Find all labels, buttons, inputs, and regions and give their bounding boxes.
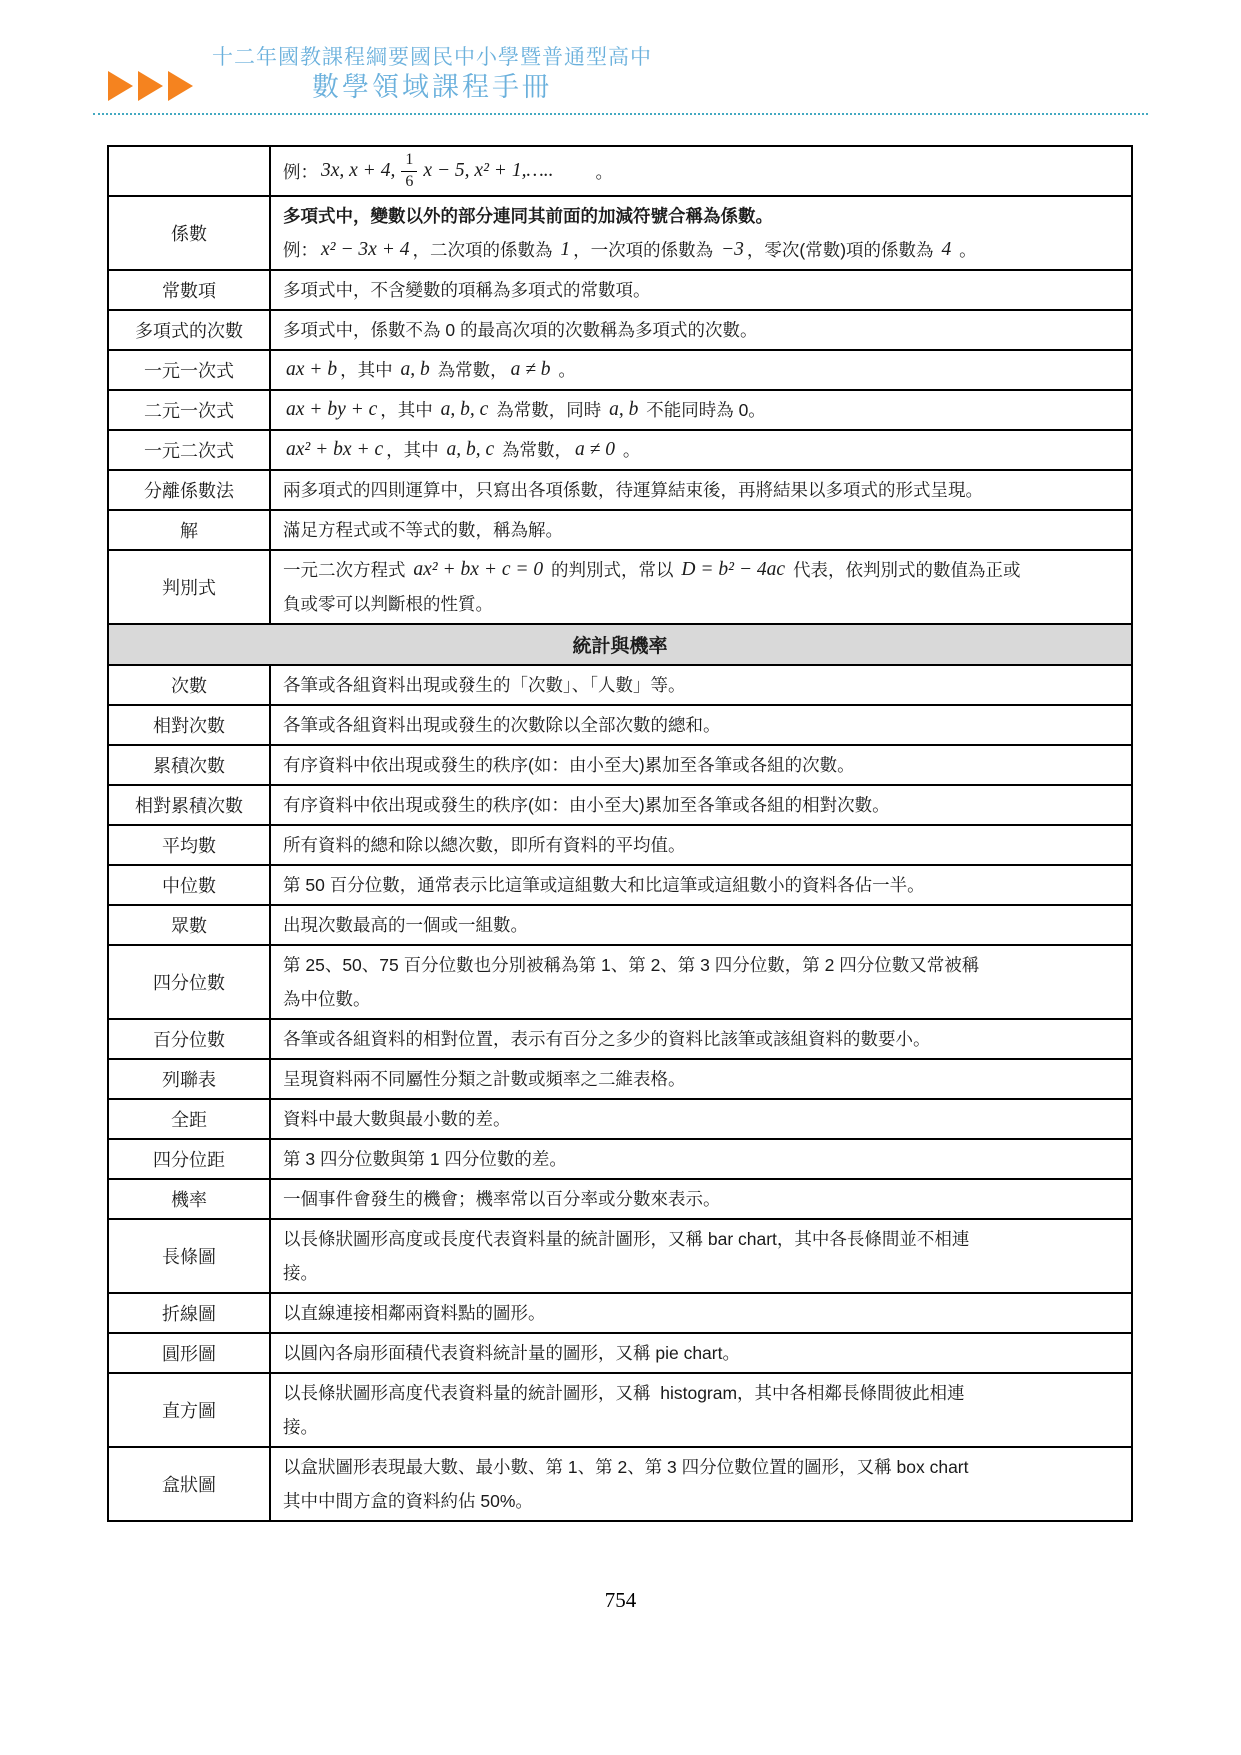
table-row: 列聯表呈現資料兩不同屬性分類之計數或頻率之二維表格。 <box>108 1059 1132 1099</box>
section-header: 統計與機率 <box>108 624 1132 665</box>
definition-line: 有序資料中依出現或發生的秩序(如：由小至大)累加至各筆或各組的相對次數。 <box>283 788 1119 822</box>
term-cell: 列聯表 <box>108 1059 270 1099</box>
math-expression: ax + by + c <box>283 399 380 421</box>
text: 的判別式，常以 <box>546 557 678 582</box>
glossary-table: 例：3x, x + 4,16x − 5, x² + 1,….. 。係數多項式中，… <box>107 145 1133 1522</box>
definition-cell: 以盒狀圖形表現最大數、最小數、第 1、第 2、第 3 四分位數位置的圖形，又稱 … <box>270 1447 1132 1521</box>
text: 其中中間方盒的資料約佔 50%。 <box>283 1488 533 1513</box>
triangle-icon <box>138 71 163 101</box>
math-expression: a, b <box>606 399 641 421</box>
math-expression: 1 <box>557 239 573 261</box>
definition-line: 資料中最大數與最小數的差。 <box>283 1102 1119 1136</box>
table-row: 折線圖以直線連接相鄰兩資料點的圖形。 <box>108 1293 1132 1333</box>
text: ，一次項的係數為 <box>573 237 718 262</box>
glossary-table-body: 例：3x, x + 4,16x − 5, x² + 1,….. 。係數多項式中，… <box>108 146 1132 1521</box>
table-row: 眾數出現次數最高的一個或一組數。 <box>108 905 1132 945</box>
term-cell: 直方圖 <box>108 1373 270 1447</box>
definition-cell: 所有資料的總和除以總次數，即所有資料的平均值。 <box>270 825 1132 865</box>
text: 資料中最大數與最小數的差。 <box>283 1106 511 1131</box>
term-cell: 圓形圖 <box>108 1333 270 1373</box>
definition-cell: 以直線連接相鄰兩資料點的圖形。 <box>270 1293 1132 1333</box>
term-cell: 平均數 <box>108 825 270 865</box>
table-row: 圓形圖以圓內各扇形面積代表資料統計量的圖形，又稱 pie chart。 <box>108 1333 1132 1373</box>
definition-cell: 一個事件會發生的機會；機率常以百分率或分數來表示。 <box>270 1179 1132 1219</box>
text: 有序資料中依出現或發生的秩序(如：由小至大)累加至各筆或各組的相對次數。 <box>283 792 890 817</box>
triangle-icon <box>108 71 133 101</box>
definition-line: 第 3 四分位數與第 1 四分位數的差。 <box>283 1142 1119 1176</box>
term-cell: 相對次數 <box>108 705 270 745</box>
bold-text: 多項式中，變數以外的部分連同其前面的加減符號合稱為係數。 <box>283 203 773 228</box>
document-title-line1: 十二年國教課程綱要國民中小學暨普通型高中 <box>212 46 652 70</box>
term-cell: 一元二次式 <box>108 430 270 470</box>
definition-line: 一元二次方程式 ax² + bx + c = 0 的判別式，常以 D = b² … <box>283 553 1119 587</box>
table-row: 解滿足方程式或不等式的數，稱為解。 <box>108 510 1132 550</box>
definition-cell: ax² + bx + c，其中 a, b, c 為常數，a ≠ 0 。 <box>270 430 1132 470</box>
term-cell: 中位數 <box>108 865 270 905</box>
math-expression: a ≠ b <box>508 359 554 381</box>
definition-cell: 有序資料中依出現或發生的秩序(如：由小至大)累加至各筆或各組的相對次數。 <box>270 785 1132 825</box>
text: ，二次項的係數為 <box>412 237 557 262</box>
math-expression: a ≠ 0 <box>572 439 618 461</box>
definition-line: 所有資料的總和除以總次數，即所有資料的平均值。 <box>283 828 1119 862</box>
text: 有序資料中依出現或發生的秩序(如：由小至大)累加至各筆或各組的次數。 <box>283 752 855 777</box>
text: 出現次數最高的一個或一組數。 <box>283 912 528 937</box>
definition-cell: 一元二次方程式 ax² + bx + c = 0 的判別式，常以 D = b² … <box>270 550 1132 624</box>
definition-line: 以直線連接相鄰兩資料點的圖形。 <box>283 1296 1119 1330</box>
term-cell: 常數項 <box>108 270 270 310</box>
text: 一個事件會發生的機會；機率常以百分率或分數來表示。 <box>283 1186 721 1211</box>
table-row: 相對次數各筆或各組資料出現或發生的次數除以全部次數的總和。 <box>108 705 1132 745</box>
definition-line: 例：x² − 3x + 4，二次項的係數為 1，一次項的係數為 −3，零次(常數… <box>283 233 1119 267</box>
definition-line: 呈現資料兩不同屬性分類之計數或頻率之二維表格。 <box>283 1062 1119 1096</box>
text: 以長條狀圖形高度代表資料量的統計圖形，又稱 histogram，其中各相鄰長條間… <box>283 1380 965 1405</box>
definition-cell: 有序資料中依出現或發生的秩序(如：由小至大)累加至各筆或各組的次數。 <box>270 745 1132 785</box>
definition-line: 各筆或各組資料出現或發生的次數除以全部次數的總和。 <box>283 708 1119 742</box>
term-cell: 次數 <box>108 665 270 705</box>
text: 各筆或各組資料的相對位置，表示有百分之多少的資料比該筆或該組資料的數要小。 <box>283 1026 931 1051</box>
math-expression: a, b, c <box>444 439 498 461</box>
math-expression: a, b, c <box>438 399 492 421</box>
definition-cell: 第 50 百分位數，通常表示比這筆或這組數大和比這筆或這組數小的資料各佔一半。 <box>270 865 1132 905</box>
table-row: 累積次數有序資料中依出現或發生的秩序(如：由小至大)累加至各筆或各組的次數。 <box>108 745 1132 785</box>
text: 負或零可以判斷根的性質。 <box>283 591 493 616</box>
text: 兩多項式的四則運算中，只寫出各項係數，待運算結束後，再將結果以多項式的形式呈現。 <box>283 477 983 502</box>
term-cell: 盒狀圖 <box>108 1447 270 1521</box>
section-row: 統計與機率 <box>108 624 1132 665</box>
definition-cell: 兩多項式的四則運算中，只寫出各項係數，待運算結束後，再將結果以多項式的形式呈現。 <box>270 470 1132 510</box>
definition-line: 例：3x, x + 4,16x − 5, x² + 1,….. 。 <box>283 149 1119 193</box>
definition-cell: 以長條狀圖形高度或長度代表資料量的統計圖形，又稱 bar chart，其中各長條… <box>270 1219 1132 1293</box>
header-divider <box>93 113 1148 115</box>
math-expression: a, b <box>397 359 432 381</box>
definition-line: ax + b，其中 a, b 為常數，a ≠ b 。 <box>283 353 1119 387</box>
text: 多項式中，係數不為 0 的最高次項的次數稱為多項式的次數。 <box>283 317 757 342</box>
logo-triangles-icon <box>108 71 198 101</box>
table-row: 平均數所有資料的總和除以總次數，即所有資料的平均值。 <box>108 825 1132 865</box>
definition-line: 為中位數。 <box>283 982 1119 1016</box>
definition-cell: 滿足方程式或不等式的數，稱為解。 <box>270 510 1132 550</box>
table-row: 中位數第 50 百分位數，通常表示比這筆或這組數大和比這筆或這組數小的資料各佔一… <box>108 865 1132 905</box>
text: 第 25、50、75 百分位數也分別被稱為第 1、第 2、第 3 四分位數，第 … <box>283 952 979 977</box>
text: 不能同時為 0。 <box>641 397 765 422</box>
fraction: 16 <box>401 151 417 191</box>
definition-line: 負或零可以判斷根的性質。 <box>283 587 1119 621</box>
table-row: 長條圖以長條狀圖形高度或長度代表資料量的統計圖形，又稱 bar chart，其中… <box>108 1219 1132 1293</box>
page-header: 十二年國教課程綱要國民中小學暨普通型高中 數學領域課程手冊 <box>108 46 1241 103</box>
math-expression: ax + b <box>283 359 340 381</box>
text: 各筆或各組資料出現或發生的「次數」、「人數」等。 <box>283 672 686 697</box>
term-cell: 相對累積次數 <box>108 785 270 825</box>
table-row: 一元二次式ax² + bx + c，其中 a, b, c 為常數，a ≠ 0 。 <box>108 430 1132 470</box>
definition-cell: 出現次數最高的一個或一組數。 <box>270 905 1132 945</box>
text: 接。 <box>283 1414 318 1439</box>
definition-line: 各筆或各組資料出現或發生的「次數」、「人數」等。 <box>283 668 1119 702</box>
text: 。 <box>554 357 576 382</box>
definition-line: 接。 <box>283 1256 1119 1290</box>
table-row: 二元一次式ax + by + c，其中 a, b, c 為常數，同時 a, b … <box>108 390 1132 430</box>
definition-cell: 多項式中，係數不為 0 的最高次項的次數稱為多項式的次數。 <box>270 310 1132 350</box>
table-row: 機率一個事件會發生的機會；機率常以百分率或分數來表示。 <box>108 1179 1132 1219</box>
table-row: 係數多項式中，變數以外的部分連同其前面的加減符號合稱為係數。例：x² − 3x … <box>108 196 1132 270</box>
term-cell: 折線圖 <box>108 1293 270 1333</box>
definition-cell: 多項式中，不含變數的項稱為多項式的常數項。 <box>270 270 1132 310</box>
definition-line: 第 50 百分位數，通常表示比這筆或這組數大和比這筆或這組數小的資料各佔一半。 <box>283 868 1119 902</box>
text: 為常數， <box>433 357 508 382</box>
text: 代表，依判別式的數值為正或 <box>788 557 1020 582</box>
math-expression: ax² + bx + c <box>283 439 386 461</box>
text: 接。 <box>283 1260 318 1285</box>
definition-line: ax² + bx + c，其中 a, b, c 為常數，a ≠ 0 。 <box>283 433 1119 467</box>
table-row: 全距資料中最大數與最小數的差。 <box>108 1099 1132 1139</box>
definition-line: 一個事件會發生的機會；機率常以百分率或分數來表示。 <box>283 1182 1119 1216</box>
definition-cell: 呈現資料兩不同屬性分類之計數或頻率之二維表格。 <box>270 1059 1132 1099</box>
math-expression: 4 <box>938 239 954 261</box>
table-row: 分離係數法兩多項式的四則運算中，只寫出各項係數，待運算結束後，再將結果以多項式的… <box>108 470 1132 510</box>
definition-cell: 各筆或各組資料出現或發生的「次數」、「人數」等。 <box>270 665 1132 705</box>
math-expression: x − 5, x² + 1,….. <box>420 160 556 182</box>
term-cell: 解 <box>108 510 270 550</box>
definition-cell: 各筆或各組資料出現或發生的次數除以全部次數的總和。 <box>270 705 1132 745</box>
math-expression: −3 <box>718 239 747 261</box>
definition-cell: 以圓內各扇形面積代表資料統計量的圖形，又稱 pie chart。 <box>270 1333 1132 1373</box>
definition-line: 以長條狀圖形高度代表資料量的統計圖形，又稱 histogram，其中各相鄰長條間… <box>283 1376 1119 1410</box>
fraction-numerator: 1 <box>401 151 417 171</box>
fraction-denominator: 6 <box>405 172 413 191</box>
term-cell: 全距 <box>108 1099 270 1139</box>
text: 一元二次方程式 <box>283 557 410 582</box>
term-cell: 機率 <box>108 1179 270 1219</box>
table-row: 次數各筆或各組資料出現或發生的「次數」、「人數」等。 <box>108 665 1132 705</box>
definition-line: 以圓內各扇形面積代表資料統計量的圖形，又稱 pie chart。 <box>283 1336 1119 1370</box>
table-row: 一元一次式ax + b，其中 a, b 為常數，a ≠ b 。 <box>108 350 1132 390</box>
text: 第 3 四分位數與第 1 四分位數的差。 <box>283 1146 567 1171</box>
table-row: 盒狀圖以盒狀圖形表現最大數、最小數、第 1、第 2、第 3 四分位數位置的圖形，… <box>108 1447 1132 1521</box>
table-row: 常數項多項式中，不含變數的項稱為多項式的常數項。 <box>108 270 1132 310</box>
definition-line: 多項式中，係數不為 0 的最高次項的次數稱為多項式的次數。 <box>283 313 1119 347</box>
text: ，零次(常數)項的係數為 <box>747 237 939 262</box>
definition-cell: 例：3x, x + 4,16x − 5, x² + 1,….. 。 <box>270 146 1132 196</box>
definition-line: 多項式中，不含變數的項稱為多項式的常數項。 <box>283 273 1119 307</box>
term-cell: 眾數 <box>108 905 270 945</box>
table-row: 直方圖以長條狀圖形高度代表資料量的統計圖形，又稱 histogram，其中各相鄰… <box>108 1373 1132 1447</box>
text: 各筆或各組資料出現或發生的次數除以全部次數的總和。 <box>283 712 721 737</box>
definition-line: 各筆或各組資料的相對位置，表示有百分之多少的資料比該筆或該組資料的數要小。 <box>283 1022 1119 1056</box>
table-row: 判別式一元二次方程式 ax² + bx + c = 0 的判別式，常以 D = … <box>108 550 1132 624</box>
text: 多項式中，不含變數的項稱為多項式的常數項。 <box>283 277 651 302</box>
table-row: 相對累積次數有序資料中依出現或發生的秩序(如：由小至大)累加至各筆或各組的相對次… <box>108 785 1132 825</box>
term-cell: 四分位數 <box>108 945 270 1019</box>
text: 滿足方程式或不等式的數，稱為解。 <box>283 517 563 542</box>
definition-cell: ax + by + c，其中 a, b, c 為常數，同時 a, b 不能同時為… <box>270 390 1132 430</box>
math-expression: D = b² − 4ac <box>678 559 788 581</box>
math-expression: x² − 3x + 4 <box>318 239 412 261</box>
text: 第 50 百分位數，通常表示比這筆或這組數大和比這筆或這組數小的資料各佔一半。 <box>283 872 925 897</box>
text: 以盒狀圖形表現最大數、最小數、第 1、第 2、第 3 四分位數位置的圖形，又稱 … <box>283 1454 969 1479</box>
definition-cell: 多項式中，變數以外的部分連同其前面的加減符號合稱為係數。例：x² − 3x + … <box>270 196 1132 270</box>
text: 所有資料的總和除以總次數，即所有資料的平均值。 <box>283 832 686 857</box>
definition-line: 以長條狀圖形高度或長度代表資料量的統計圖形，又稱 bar chart，其中各長條… <box>283 1222 1119 1256</box>
document-title-block: 十二年國教課程綱要國民中小學暨普通型高中 數學領域課程手冊 <box>212 46 652 103</box>
definition-cell: 資料中最大數與最小數的差。 <box>270 1099 1132 1139</box>
definition-line: ax + by + c，其中 a, b, c 為常數，同時 a, b 不能同時為… <box>283 393 1119 427</box>
definition-line: 接。 <box>283 1410 1119 1444</box>
definition-line: 多項式中，變數以外的部分連同其前面的加減符號合稱為係數。 <box>283 199 1119 233</box>
definition-line: 兩多項式的四則運算中，只寫出各項係數，待運算結束後，再將結果以多項式的形式呈現。 <box>283 473 1119 507</box>
text: 。 <box>954 237 976 262</box>
definition-line: 以盒狀圖形表現最大數、最小數、第 1、第 2、第 3 四分位數位置的圖形，又稱 … <box>283 1450 1119 1484</box>
text: 。 <box>618 437 640 462</box>
definition-line: 有序資料中依出現或發生的秩序(如：由小至大)累加至各筆或各組的次數。 <box>283 748 1119 782</box>
math-expression: 3x, x + 4, <box>318 160 398 182</box>
math-expression: ax² + bx + c = 0 <box>410 559 546 581</box>
table-row: 百分位數各筆或各組資料的相對位置，表示有百分之多少的資料比該筆或該組資料的數要小… <box>108 1019 1132 1059</box>
definition-line: 滿足方程式或不等式的數，稱為解。 <box>283 513 1119 547</box>
definition-line: 出現次數最高的一個或一組數。 <box>283 908 1119 942</box>
definition-cell: 第 3 四分位數與第 1 四分位數的差。 <box>270 1139 1132 1179</box>
text: ，其中 <box>380 397 437 422</box>
text: 為中位數。 <box>283 986 371 1011</box>
document-title-line2: 數學領域課程手冊 <box>212 72 652 103</box>
term-cell: 百分位數 <box>108 1019 270 1059</box>
term-cell: 係數 <box>108 196 270 270</box>
term-cell: 長條圖 <box>108 1219 270 1293</box>
term-cell: 累積次數 <box>108 745 270 785</box>
definition-line: 第 25、50、75 百分位數也分別被稱為第 1、第 2、第 3 四分位數，第 … <box>283 948 1119 982</box>
text: ，其中 <box>340 357 397 382</box>
term-cell: 分離係數法 <box>108 470 270 510</box>
text: 例： <box>283 159 318 184</box>
table-row: 四分位數第 25、50、75 百分位數也分別被稱為第 1、第 2、第 3 四分位… <box>108 945 1132 1019</box>
text: 以直線連接相鄰兩資料點的圖形。 <box>283 1300 546 1325</box>
definition-cell: 以長條狀圖形高度代表資料量的統計圖形，又稱 histogram，其中各相鄰長條間… <box>270 1373 1132 1447</box>
table-row: 多項式的次數多項式中，係數不為 0 的最高次項的次數稱為多項式的次數。 <box>108 310 1132 350</box>
term-cell: 二元一次式 <box>108 390 270 430</box>
definition-cell: ax + b，其中 a, b 為常數，a ≠ b 。 <box>270 350 1132 390</box>
text: 。 <box>557 159 613 184</box>
text: 以圓內各扇形面積代表資料統計量的圖形，又稱 pie chart。 <box>283 1340 740 1365</box>
term-cell: 判別式 <box>108 550 270 624</box>
text: 例： <box>283 237 318 262</box>
text: 呈現資料兩不同屬性分類之計數或頻率之二維表格。 <box>283 1066 686 1091</box>
term-cell: 四分位距 <box>108 1139 270 1179</box>
definition-cell: 第 25、50、75 百分位數也分別被稱為第 1、第 2、第 3 四分位數，第 … <box>270 945 1132 1019</box>
table-row: 例：3x, x + 4,16x − 5, x² + 1,….. 。 <box>108 146 1132 196</box>
page-number: 754 <box>0 1588 1241 1613</box>
definition-line: 其中中間方盒的資料約佔 50%。 <box>283 1484 1119 1518</box>
text: 以長條狀圖形高度或長度代表資料量的統計圖形，又稱 bar chart，其中各長條… <box>283 1226 969 1251</box>
term-cell: 多項式的次數 <box>108 310 270 350</box>
term-cell <box>108 146 270 196</box>
text: ，其中 <box>386 437 443 462</box>
term-cell: 一元一次式 <box>108 350 270 390</box>
text: 為常數，同時 <box>491 397 606 422</box>
definition-cell: 各筆或各組資料的相對位置，表示有百分之多少的資料比該筆或該組資料的數要小。 <box>270 1019 1132 1059</box>
table-row: 四分位距第 3 四分位數與第 1 四分位數的差。 <box>108 1139 1132 1179</box>
triangle-icon <box>168 71 193 101</box>
text: 為常數， <box>497 437 572 462</box>
